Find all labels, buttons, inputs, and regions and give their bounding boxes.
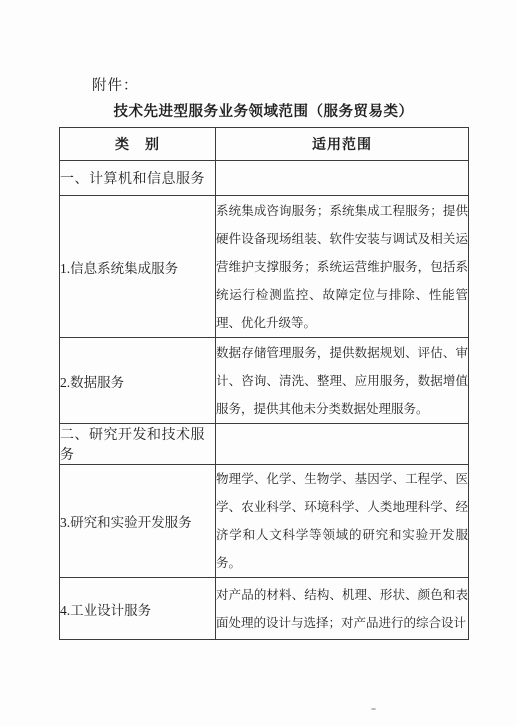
section-scope-cell-empty	[216, 424, 469, 465]
table-header-row: 类 别 适用范围	[60, 128, 469, 161]
attachment-label: 附件：	[92, 74, 139, 95]
section-category-cell: 二、研究开发和技术服务	[60, 424, 216, 465]
table-row-section-research-tech: 二、研究开发和技术服务	[60, 424, 469, 465]
table-row-data-service: 2.数据服务 数据存储管理服务，提供数据规划、评估、审计、咨询、清洗、整理、应用…	[60, 338, 469, 424]
item-scope-cell: 数据存储管理服务，提供数据规划、评估、审计、咨询、清洗、整理、应用服务，数据增值…	[216, 338, 469, 424]
table-row-industrial-design: 4.工业设计服务 对产品的材料、结构、机理、形状、颜色和表面处理的设计与选择；对…	[60, 578, 469, 640]
table-row-info-system-integration: 1.信息系统集成服务 系统集成咨询服务；系统集成工程服务；提供硬件设备现场组装、…	[60, 196, 469, 338]
section-scope-cell-empty	[216, 161, 469, 196]
item-scope-cell: 物理学、化学、生物学、基因学、工程学、医学、农业科学、环境科学、人类地理科学、经…	[216, 465, 469, 578]
scope-table: 类 别 适用范围 一、计算机和信息服务 1.信息系统集成服务 系统集成咨询服务；…	[59, 127, 469, 640]
item-category-cell: 3.研究和实验开发服务	[60, 465, 216, 578]
item-category-cell: 1.信息系统集成服务	[60, 196, 216, 338]
table-row-section-computer-info: 一、计算机和信息服务	[60, 161, 469, 196]
item-scope-cell: 系统集成咨询服务；系统集成工程服务；提供硬件设备现场组装、软件安装与调试及相关运…	[216, 196, 469, 338]
item-category-cell: 2.数据服务	[60, 338, 216, 424]
page-title: 技术先进型服务业务领域范围（服务贸易类）	[59, 100, 468, 121]
table-row-research-experiment-dev: 3.研究和实验开发服务 物理学、化学、生物学、基因学、工程学、医学、农业科学、环…	[60, 465, 469, 578]
section-category-cell: 一、计算机和信息服务	[60, 161, 216, 196]
document-page: 附件： 技术先进型服务业务领域范围（服务贸易类） 类 别 适用范围 一、计算机和…	[0, 0, 517, 726]
column-header-category: 类 别	[60, 128, 216, 161]
scan-speck	[371, 708, 376, 710]
column-header-scope: 适用范围	[216, 128, 469, 161]
item-scope-cell: 对产品的材料、结构、机理、形状、颜色和表面处理的设计与选择；对产品进行的综合设计	[216, 578, 469, 640]
item-category-cell: 4.工业设计服务	[60, 578, 216, 640]
